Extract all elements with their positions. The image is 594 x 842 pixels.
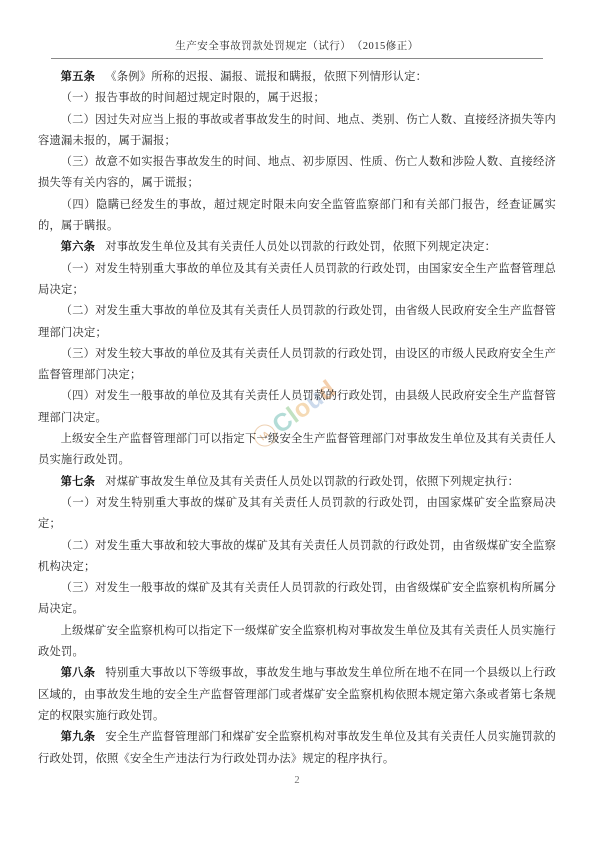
paragraph: 上级安全生产监督管理部门可以指定下一级安全生产监督管理部门对事故发生单位及其有关…: [38, 429, 556, 472]
paragraph-text: （二）对发生重大事故的单位及其有关责任人员罚款的行政处罚，由省级人民政府安全生产…: [38, 305, 556, 338]
paragraph: 第七条对煤矿事故发生单位及其有关责任人员处以罚款的行政处罚，依照下列规定执行：: [38, 472, 556, 493]
paragraph-text: 上级煤矿安全监察机构可以指定下一级煤矿安全监察机构对事故发生单位及其有关责任人员…: [38, 625, 556, 658]
paragraph: 第九条安全生产监督管理部门和煤矿安全监察机构对事故发生单位及其有关责任人员实施罚…: [38, 727, 556, 770]
document-page: 生产安全事故罚款处罚规定（试行） （2015修正） IA Cloud 第五条《条…: [0, 0, 594, 842]
paragraph: （二）对发生重大事故的单位及其有关责任人员罚款的行政处罚，由省级人民政府安全生产…: [38, 301, 556, 344]
paragraph-text: 对煤矿事故发生单位及其有关责任人员处以罚款的行政处罚，依照下列规定执行：: [105, 476, 519, 488]
paragraph-text: （二）对发生重大事故和较大事故的煤矿及其有关责任人员罚款的行政处罚，由省级煤矿安…: [38, 540, 556, 573]
article-label: 第五条: [61, 71, 96, 83]
paragraph-text: 《条例》所称的迟报、漏报、谎报和瞒报，依照下列情形认定：: [105, 71, 427, 83]
paragraph-text: 安全生产监督管理部门和煤矿安全监察机构对事故发生单位及其有关责任人员实施罚款的行…: [38, 731, 556, 764]
paragraph-text: （四）隐瞒已经发生的事故，超过规定时限未向安全监管监察部门和有关部门报告，经查证…: [38, 199, 556, 232]
article-label: 第八条: [61, 667, 96, 679]
paragraph: （四）对发生一般事故的单位及其有关责任人员罚款的行政处罚，由县级人民政府安全生产…: [38, 386, 556, 429]
paragraph-text: （四）对发生一般事故的单位及其有关责任人员罚款的行政处罚，由县级人民政府安全生产…: [38, 390, 556, 423]
paragraph-text: （一）对发生特别重大事故的煤矿及其有关责任人员罚款的行政处罚，由国家煤矿安全监察…: [38, 497, 556, 530]
page-header: 生产安全事故罚款处罚规定（试行） （2015修正）: [0, 0, 594, 59]
paragraph: （二）因过失对应当上报的事故或者事故发生的时间、地点、类别、伤亡人数、直接经济损…: [38, 110, 556, 153]
paragraph-text: （三）故意不如实报告事故发生的时间、地点、初步原因、性质、伤亡人数和涉险人数、直…: [38, 156, 556, 189]
article-label: 第七条: [61, 476, 96, 488]
paragraph: 第八条特别重大事故以下等级事故，事故发生地与事故发生单位所在地不在同一个县级以上…: [38, 663, 556, 727]
paragraph: （三）对发生较大事故的单位及其有关责任人员罚款的行政处罚，由设区的市级人民政府安…: [38, 344, 556, 387]
document-body: 第五条《条例》所称的迟报、漏报、谎报和瞒报，依照下列情形认定：（一）报告事故的时…: [38, 67, 556, 770]
paragraph-text: （三）对发生一般事故的煤矿及其有关责任人员罚款的行政处罚，由省级煤矿安全监察机构…: [38, 582, 556, 615]
page-number: 2: [0, 775, 594, 786]
paragraph-text: 特别重大事故以下等级事故，事故发生地与事故发生单位所在地不在同一个县级以上行政区…: [38, 667, 556, 722]
paragraph: （一）对发生特别重大事故的煤矿及其有关责任人员罚款的行政处罚，由国家煤矿安全监察…: [38, 493, 556, 536]
paragraph-text: （三）对发生较大事故的单位及其有关责任人员罚款的行政处罚，由设区的市级人民政府安…: [38, 348, 556, 381]
paragraph: 第六条对事故发生单位及其有关责任人员处以罚款的行政处罚，依照下列规定决定：: [38, 237, 556, 258]
paragraph-text: （一）对发生特别重大事故的单位及其有关责任人员罚款的行政处罚，由国家安全生产监督…: [38, 263, 556, 296]
paragraph-text: （一）报告事故的时间超过规定时限的，属于迟报；: [61, 92, 325, 104]
paragraph: 第五条《条例》所称的迟报、漏报、谎报和瞒报，依照下列情形认定：: [38, 67, 556, 88]
article-label: 第六条: [61, 241, 96, 253]
document-title: 生产安全事故罚款处罚规定（试行） （2015修正）: [0, 40, 594, 53]
article-label: 第九条: [61, 731, 96, 743]
paragraph-text: （二）因过失对应当上报的事故或者事故发生的时间、地点、类别、伤亡人数、直接经济损…: [38, 114, 556, 147]
paragraph: （二）对发生重大事故和较大事故的煤矿及其有关责任人员罚款的行政处罚，由省级煤矿安…: [38, 536, 556, 579]
paragraph: 上级煤矿安全监察机构可以指定下一级煤矿安全监察机构对事故发生单位及其有关责任人员…: [38, 621, 556, 664]
paragraph: （三）故意不如实报告事故发生的时间、地点、初步原因、性质、伤亡人数和涉险人数、直…: [38, 152, 556, 195]
paragraph: （三）对发生一般事故的煤矿及其有关责任人员罚款的行政处罚，由省级煤矿安全监察机构…: [38, 578, 556, 621]
paragraph-text: 对事故发生单位及其有关责任人员处以罚款的行政处罚，依照下列规定决定：: [105, 241, 496, 253]
header-rule: [51, 58, 543, 59]
paragraph: （一）对发生特别重大事故的单位及其有关责任人员罚款的行政处罚，由国家安全生产监督…: [38, 259, 556, 302]
paragraph: （一）报告事故的时间超过规定时限的，属于迟报；: [38, 88, 556, 109]
paragraph-text: 上级安全生产监督管理部门可以指定下一级安全生产监督管理部门对事故发生单位及其有关…: [38, 433, 556, 466]
paragraph: （四）隐瞒已经发生的事故，超过规定时限未向安全监管监察部门和有关部门报告，经查证…: [38, 195, 556, 238]
